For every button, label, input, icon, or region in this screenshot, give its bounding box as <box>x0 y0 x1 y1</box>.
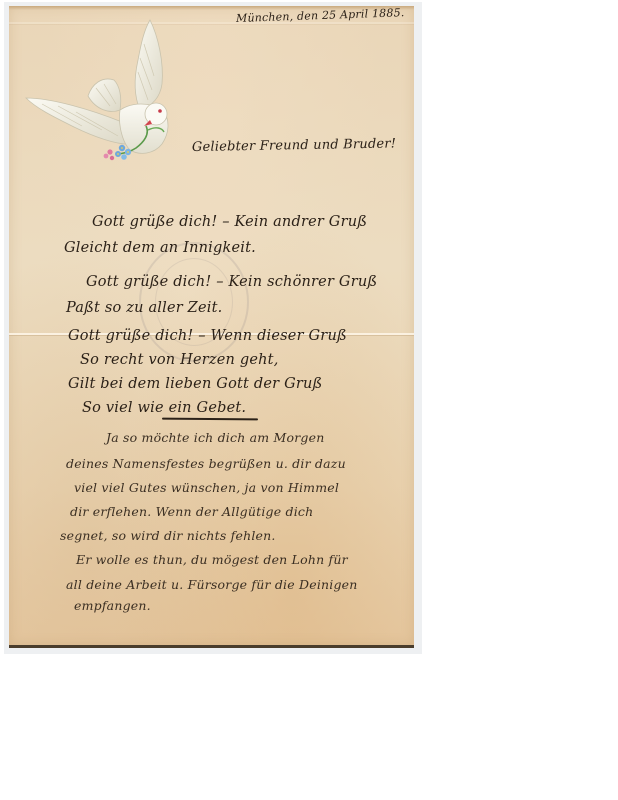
poem-line: Gott grüße dich! – Kein andrer Gruß <box>92 214 367 230</box>
dove-icon <box>22 14 182 164</box>
prose-line: all deine Arbeit u. Fürsorge für die Dei… <box>66 577 358 592</box>
paper-bottom-edge <box>9 645 414 648</box>
prose-line: deines Namensfestes begrüßen u. dir dazu <box>66 456 346 471</box>
poem-line: Gleicht dem an Innigkeit. <box>64 240 256 256</box>
poem-line: Paßt so zu aller Zeit. <box>66 300 222 316</box>
prose-line: empfangen. <box>74 598 151 613</box>
poem-line: Gott grüße dich! – Wenn dieser Gruß <box>68 328 347 344</box>
poem-line: Gott grüße dich! – Kein schönrer Gruß <box>86 274 377 290</box>
poem-line: So recht von Herzen geht, <box>80 352 279 368</box>
prose-line: Ja so möchte ich dich am Morgen <box>106 430 324 445</box>
poem-line: Gilt bei dem lieben Gott der Gruß <box>68 376 322 392</box>
prose-line: dir erflehen. Wenn der Allgütige dich <box>70 504 313 519</box>
prose-line: Er wolle es thun, du mögest den Lohn für <box>76 552 348 567</box>
prose-line: segnet, so wird dir nichts fehlen. <box>60 528 276 543</box>
poem-line: So viel wie ein Gebet. <box>82 400 246 416</box>
prose-line: viel viel Gutes wünschen, ja von Himmel <box>74 480 339 495</box>
